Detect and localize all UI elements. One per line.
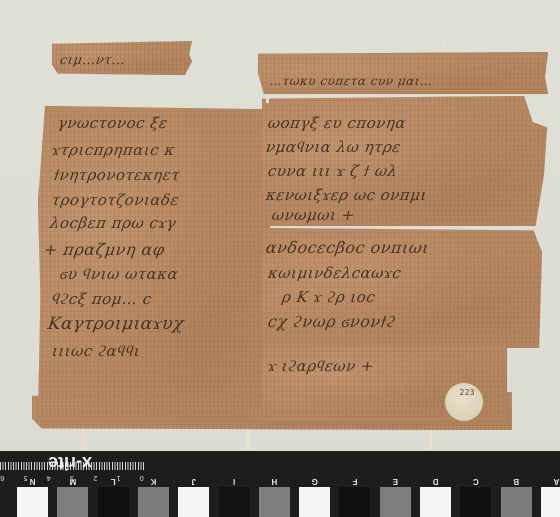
- papyrus-text-line: ανδοϲεϲβοϲ ονπιωι: [265, 238, 431, 257]
- papyrus-text-line: ϫτριϲπρηπαιϲ κ: [51, 141, 176, 160]
- papyrus-text-line: ρ Κ ϫ ϩρ ιοϲ: [281, 288, 377, 307]
- patch-label: J: [178, 477, 209, 486]
- patch-label: H: [259, 477, 290, 486]
- mount-strip: [282, 34, 284, 54]
- gray-patch-g: [299, 487, 330, 517]
- gray-patches: ABCDEFGHIJKLMN: [0, 483, 560, 517]
- patch-label: I: [219, 477, 250, 486]
- papyrus-text-line: ϥϩϲξ πομ… ϲ: [51, 290, 153, 309]
- papyrus-text-line: κενωιξϫερ ωϲ ονπμι: [265, 186, 429, 205]
- gray-patch-a: [541, 487, 560, 517]
- papyrus-text-line: Καγτροιμιαϫυχ: [47, 314, 186, 334]
- ruler-number: 2: [93, 474, 97, 482]
- ruler-number: 4: [47, 474, 51, 482]
- ruler-number: 0: [140, 474, 144, 482]
- ruler-number: 3: [70, 474, 74, 482]
- papyrus-text-line: ϲιμ…ντ…: [59, 53, 127, 68]
- patch-label: E: [380, 477, 411, 486]
- catalog-number-sticker: 223: [445, 383, 483, 421]
- papyrus-text-line: ωοπγξ ευ ϲπονηα: [267, 114, 408, 132]
- papyrus-text-line: τρογτοτζονιαδε: [51, 191, 181, 209]
- papyrus-text-line: ϯνητρονοτεκηετ: [53, 166, 182, 185]
- mount-strip: [83, 428, 85, 450]
- catalog-number: 223: [459, 388, 474, 397]
- ruler-number: 5: [23, 474, 27, 482]
- gray-patch-b: [501, 487, 532, 517]
- gray-patch-d: [420, 487, 451, 517]
- gray-patch-n: [17, 487, 48, 517]
- gray-patch-l: [98, 487, 129, 517]
- papyrus-text-line: λοϲβεπ πρω ϲϫγ: [49, 214, 178, 233]
- papyrus-text-line: ϲυνα ιιι ϫ ζ ϯ ωλ: [267, 162, 399, 181]
- photo-background: ϲιμ…ντ… …τωκυ ϲυπετα ϲυν μαι… γνωϲτονοϲ …: [0, 0, 560, 517]
- papyrus-main-right-top: ωοπγξ ευ ϲπονηα νμαϥνια λω ητρε ϲυνα ιιι…: [262, 96, 547, 226]
- papyrus-text-line: …τωκυ ϲυπετα ϲυν μαι…: [269, 74, 434, 88]
- xrite-logo: x-rite: [48, 452, 92, 473]
- gray-patch-j: [178, 487, 209, 517]
- gray-patch-i: [219, 487, 250, 517]
- papyrus-text-line: ϫ ιϩαρϥεων +: [267, 357, 376, 376]
- papyrus-main-right-middle: ανδοϲεϲβοϲ ονπιωι κωιμινδελϲαωϫϲ ρ Κ ϫ ϩ…: [262, 228, 542, 348]
- papyrus-text-line: ϭυ ϥνιω ωτακα: [59, 265, 180, 284]
- gray-patch-k: [138, 487, 169, 517]
- patch-label: D: [420, 477, 451, 486]
- papyrus-text-line: ϲχ ϩνωρ ϭνονϯϩ: [267, 312, 398, 332]
- patch-label: B: [501, 477, 532, 486]
- papyrus-main-left-column: γνωϲτονοϲ ξε ϫτριϲπρηπαιϲ κ ϯνητρονοτεκη…: [38, 106, 270, 422]
- mount-strip: [247, 428, 249, 450]
- fragment-gap: [266, 98, 269, 103]
- papyrus-fragment-small: ϲιμ…ντ…: [52, 41, 192, 75]
- papyrus-text-line: ιιιωϲ ϩαϥϥι: [51, 342, 142, 361]
- papyrus-fragment-top-strip: …τωκυ ϲυπετα ϲυν μαι…: [258, 52, 548, 94]
- papyrus-text-line: νμαϥνια λω ητρε: [265, 138, 403, 157]
- gray-patch-f: [340, 487, 371, 517]
- patch-label: F: [340, 477, 371, 486]
- gray-patch-c: [460, 487, 491, 517]
- ruler-numbers: 0 1 2 3 4 5 6: [0, 474, 144, 482]
- mount-strip: [443, 34, 445, 54]
- papyrus-text-line: γνωϲτονοϲ ξε: [57, 114, 169, 132]
- color-calibration-bar: ABCDEFGHIJKLMN 0 1 2 3 4 5 6 mm x-rite: [0, 451, 560, 517]
- patch-label: C: [460, 477, 491, 486]
- patch-label: G: [299, 477, 330, 486]
- papyrus-text-line: ωνωμωι +: [271, 206, 356, 224]
- gray-patch-m: [57, 487, 88, 517]
- patch-label: A: [541, 477, 560, 486]
- papyrus-text-line: κωιμινδελϲαωϫϲ: [267, 264, 403, 283]
- gray-patch-e: [380, 487, 411, 517]
- ruler-number: 1: [116, 474, 120, 482]
- mount-strip: [430, 428, 432, 450]
- gray-patch-h: [259, 487, 290, 517]
- ruler-number: 6: [0, 474, 4, 482]
- papyrus-text-line: + πραζμνη αφ: [43, 240, 166, 259]
